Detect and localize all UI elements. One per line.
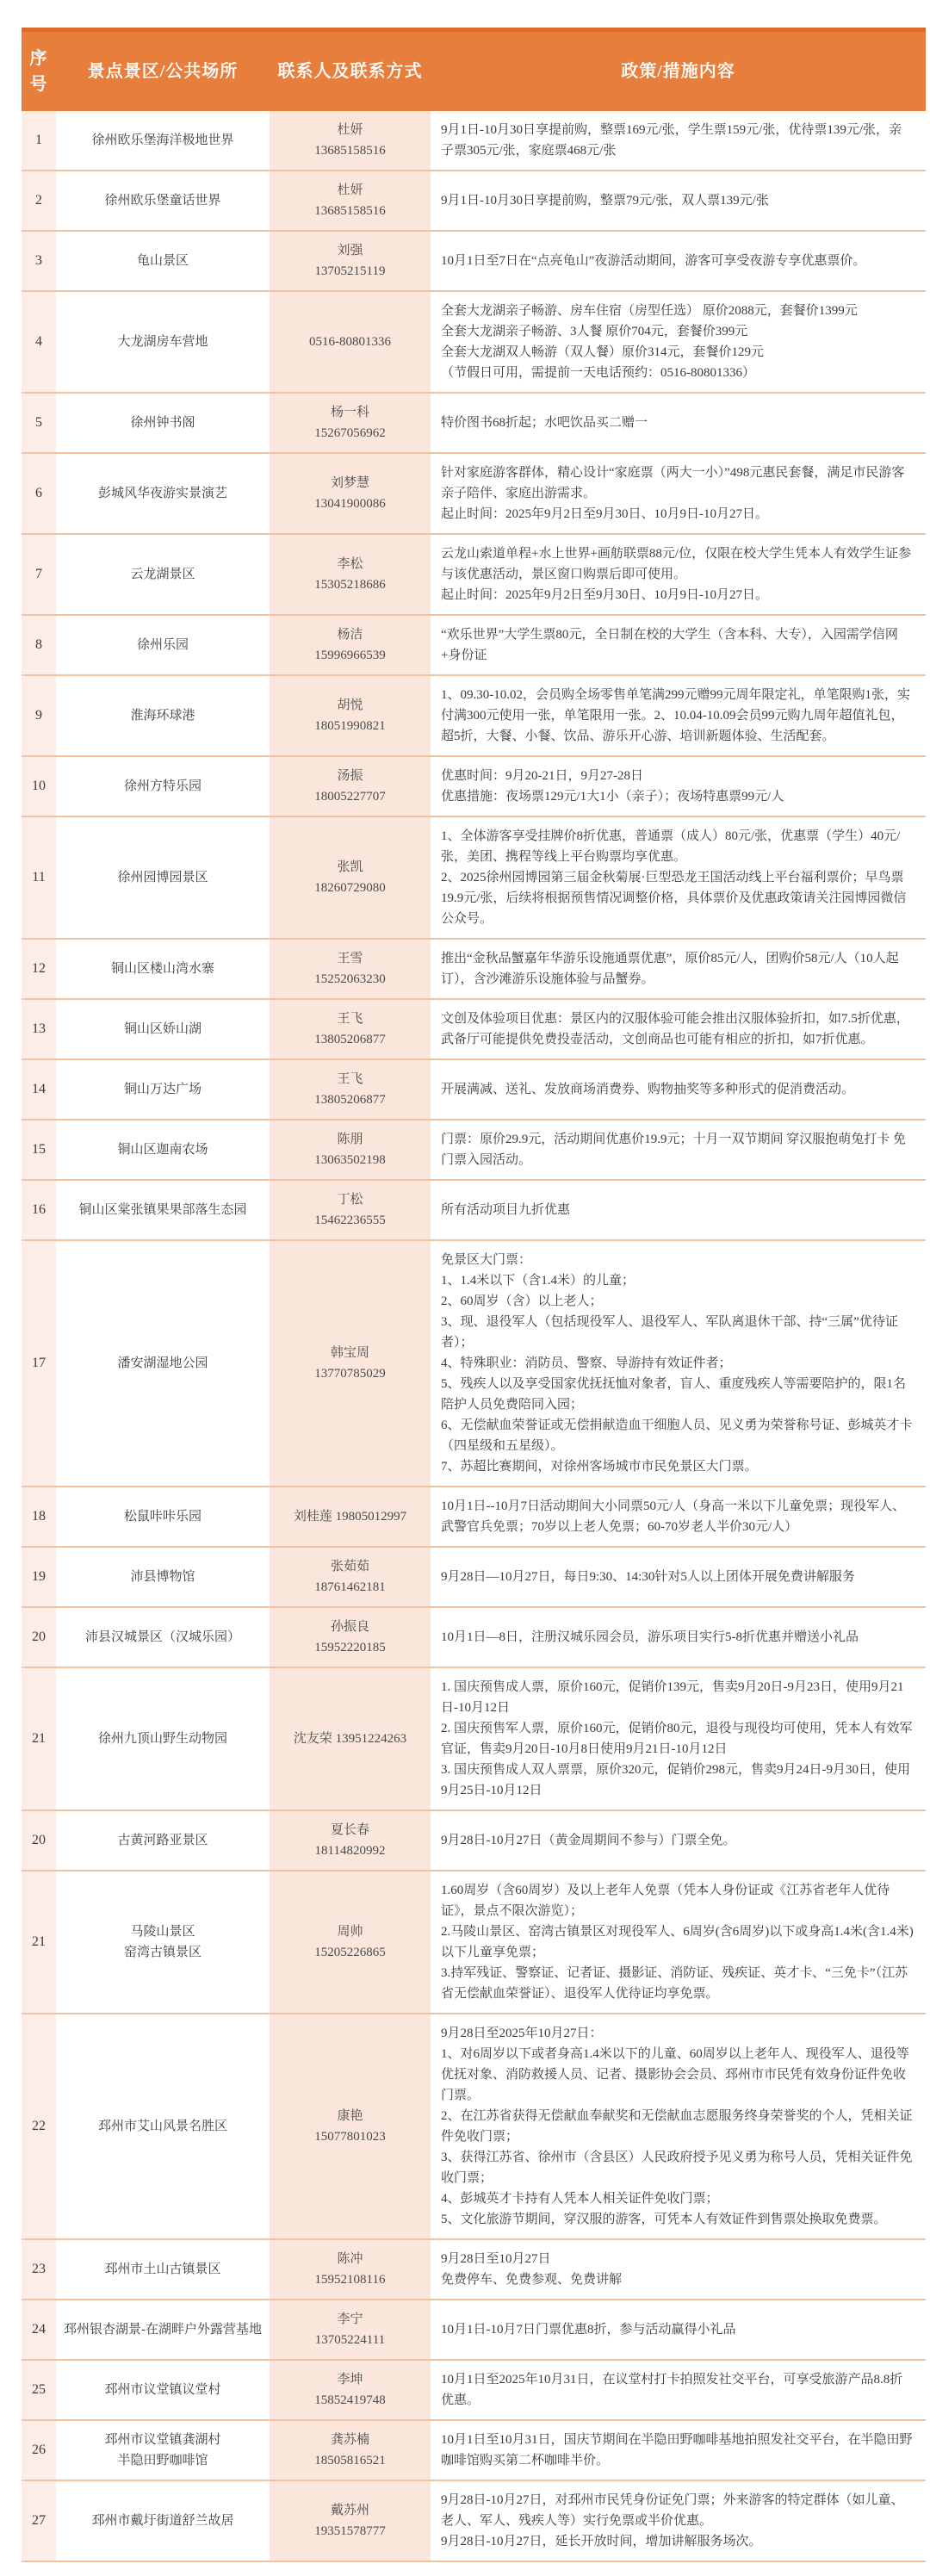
attraction-name: 邳州市艾山风景名胜区 (56, 2014, 270, 2239)
contact-info: 周帅 15205226865 (270, 1871, 431, 2014)
attraction-name: 云龙湖景区 (56, 534, 270, 615)
row-number: 22 (22, 2014, 56, 2239)
row-number: 9 (22, 675, 56, 756)
contact-info: 刘梦慧 13041900086 (270, 453, 431, 534)
attraction-name: 铜山区棠张镇果果部落生态园 (56, 1180, 270, 1240)
attraction-name: 龟山景区 (56, 231, 270, 291)
attraction-name: 邳州市土山古镇景区 (56, 2239, 270, 2300)
row-number: 21 (22, 1667, 56, 1810)
contact-info: 丁松 15462236555 (270, 1180, 431, 1240)
attraction-name: 徐州欧乐堡海洋极地世界 (56, 111, 270, 171)
attraction-name: 铜山万达广场 (56, 1059, 270, 1120)
policy-text: 文创及体验项目优惠：景区内的汉服体验可能会推出汉服体验折扣，如7.5折优惠，武备… (431, 999, 926, 1059)
contact-info: 陈朋 13063502198 (270, 1120, 431, 1180)
policy-text: 9月1日-10月30日享提前购，整票169元/张，学生票159元/张，优待票13… (431, 111, 926, 171)
policy-text: 优惠时间：9月20-21日，9月27-28日 优惠措施：夜场票129元/1大1小… (431, 756, 926, 816)
contact-info: 康艳 15077801023 (270, 2014, 431, 2239)
policy-text: 10月1日--10月7日活动期间大小同票50元/人（身高一米以下儿童免票；现役军… (431, 1487, 926, 1547)
contact-info: 王雪 15252063230 (270, 939, 431, 999)
table-row: 12 铜山区楼山湾水寨 王雪 15252063230 推出“金秋品蟹嘉年华游乐设… (22, 939, 926, 999)
row-number: 27 (22, 2480, 56, 2561)
policy-text: 10月1日至7日在“点亮龟山”夜游活动期间，游客可享受夜游专享优惠票价。 (431, 231, 926, 291)
attraction-name: 古黄河路亚景区 (56, 1810, 270, 1871)
table-row: 20 古黄河路亚景区 夏长春 18114820992 9月28日-10月27日（… (22, 1810, 926, 1871)
table-header: 序号 景点景区/公共场所 联系人及联系方式 政策/措施内容 (22, 30, 926, 112)
row-number: 12 (22, 939, 56, 999)
attraction-name: 大龙湖房车营地 (56, 291, 270, 393)
policy-text: 10月1日至10月31日，国庆节期间在半隐田野咖啡基地拍照发社交平台，在半隐田野… (431, 2420, 926, 2480)
row-number: 14 (22, 1059, 56, 1120)
attraction-name: 彭城风华夜游实景演艺 (56, 453, 270, 534)
header-serial-number: 序号 (22, 30, 56, 112)
contact-info: 王飞 13805206877 (270, 1059, 431, 1120)
table-row: 1 徐州欧乐堡海洋极地世界 杜妍 13685158516 9月1日-10月30日… (22, 111, 926, 171)
row-number: 10 (22, 756, 56, 816)
attraction-name: 铜山区楼山湾水寨 (56, 939, 270, 999)
attraction-name: 沛县汉城景区（汉城乐园） (56, 1607, 270, 1667)
table-row: 11 徐州园博园景区 张凯 18260729080 1、全体游客享受挂牌价8折优… (22, 816, 926, 939)
contact-info: 李宁 13705224111 (270, 2300, 431, 2360)
table-row: 18 松鼠咔咔乐园 刘桂莲 19805012997 10月1日--10月7日活动… (22, 1487, 926, 1547)
table-row: 5 徐州钟书阁 杨一科 15267056962 特价图书68折起；水吧饮品买二赠… (22, 393, 926, 453)
row-number: 7 (22, 534, 56, 615)
table-row: 19 沛县博物馆 张茹茹 18761462181 9月28日—10月27日，每日… (22, 1547, 926, 1607)
table-row: 26 邳州市议堂镇龚湖村 半隐田野咖啡馆 龚苏楠 18505816521 10月… (22, 2420, 926, 2480)
row-number: 26 (22, 2420, 56, 2480)
table-row: 25 邳州市议堂镇议堂村 李坤 15852419748 10月1日至2025年1… (22, 2360, 926, 2420)
row-number: 1 (22, 111, 56, 171)
row-number: 20 (22, 1607, 56, 1667)
contact-info: 王飞 13805206877 (270, 999, 431, 1059)
header-policy: 政策/措施内容 (431, 30, 926, 112)
policy-text: 针对家庭游客群体，精心设计“家庭票（两大一小）”498元惠民套餐，满足市民游客亲… (431, 453, 926, 534)
policy-text: 9月28日至2025年10月27日： 1、对6周岁以下或者身高1.4米以下的儿童… (431, 2014, 926, 2239)
attraction-name: 徐州九顶山野生动物园 (56, 1667, 270, 1810)
attraction-name: 徐州乐园 (56, 615, 270, 675)
attraction-name: 徐州园博园景区 (56, 816, 270, 939)
table-row: 15 铜山区迦南农场 陈朋 13063502198 门票：原价29.9元，活动期… (22, 1120, 926, 1180)
contact-info: 李坤 15852419748 (270, 2360, 431, 2420)
row-number: 11 (22, 816, 56, 939)
policy-text: 10月1日-10月7日门票优惠8折，参与活动赢得小礼品 (431, 2300, 926, 2360)
attraction-name: 铜山区娇山湖 (56, 999, 270, 1059)
table-row: 16 铜山区棠张镇果果部落生态园 丁松 15462236555 所有活动项目九折… (22, 1180, 926, 1240)
table-row: 22 邳州市艾山风景名胜区 康艳 15077801023 9月28日至2025年… (22, 2014, 926, 2239)
table-row: 17 潘安湖湿地公园 韩宝周 13770785029 免景区大门票： 1、1.4… (22, 1240, 926, 1487)
table-row: 9 淮海环球港 胡悦 18051990821 1、09.30-10.02，会员购… (22, 675, 926, 756)
attraction-name: 潘安湖湿地公园 (56, 1240, 270, 1487)
contact-info: 刘强 13705215119 (270, 231, 431, 291)
contact-info: 杨一科 15267056962 (270, 393, 431, 453)
contact-info: 刘桂莲 19805012997 (270, 1487, 431, 1547)
row-number: 20 (22, 1810, 56, 1871)
table-row: 14 铜山万达广场 王飞 13805206877 开展满减、送礼、发放商场消费券… (22, 1059, 926, 1120)
attraction-name: 邳州银杏湖景-在湖畔户外露营基地 (56, 2300, 270, 2360)
policy-text: 9月28日—10月27日，每日9:30、14:30针对5人以上团体开展免费讲解服… (431, 1547, 926, 1607)
contact-info: 杜妍 13685158516 (270, 171, 431, 231)
document-page: 序号 景点景区/公共场所 联系人及联系方式 政策/措施内容 1 徐州欧乐堡海洋极… (0, 0, 930, 2576)
policy-text: 开展满减、送礼、发放商场消费券、购物抽奖等多种形式的促消费活动。 (431, 1059, 926, 1120)
row-number: 4 (22, 291, 56, 393)
policy-text: 10月1日—8日，注册汉城乐园会员，游乐项目实行5-8折优惠并赠送小礼品 (431, 1607, 926, 1667)
attraction-name: 徐州方特乐园 (56, 756, 270, 816)
contact-info: 孙振良 15952220185 (270, 1607, 431, 1667)
attraction-name: 沛县博物馆 (56, 1547, 270, 1607)
row-number: 23 (22, 2239, 56, 2300)
table-row: 10 徐州方特乐园 汤振 18005227707 优惠时间：9月20-21日，9… (22, 756, 926, 816)
policy-text: 10月1日至2025年10月31日，在议堂村打卡拍照发社交平台，可享受旅游产品8… (431, 2360, 926, 2420)
row-number: 2 (22, 171, 56, 231)
row-number: 19 (22, 1547, 56, 1607)
header-attraction: 景点景区/公共场所 (56, 30, 270, 112)
table-row: 23 邳州市土山古镇景区 陈冲 15952108116 9月28日至10月27日… (22, 2239, 926, 2300)
contact-info: 胡悦 18051990821 (270, 675, 431, 756)
contact-info: 杨洁 15996966539 (270, 615, 431, 675)
table-row: 6 彭城风华夜游实景演艺 刘梦慧 13041900086 针对家庭游客群体，精心… (22, 453, 926, 534)
policy-text: 1. 国庆预售成人票，原价160元，促销价139元，售卖9月20日-9月23日，… (431, 1667, 926, 1810)
policy-text: 门票：原价29.9元，活动期间优惠价19.9元；十月一双节期间 穿汉服抱萌兔打卡… (431, 1120, 926, 1180)
header-contact: 联系人及联系方式 (270, 30, 431, 112)
table-row: 27 邳州市戴圩街道舒兰故居 戴苏州 19351578777 9月28日-10月… (22, 2480, 926, 2561)
policy-text: 1、全体游客享受挂牌价8折优惠，普通票（成人）80元/张，优惠票（学生）40元/… (431, 816, 926, 939)
table-row: 7 云龙湖景区 李松 15305218686 云龙山索道单程+水上世界+画舫联票… (22, 534, 926, 615)
table-row: 13 铜山区娇山湖 王飞 13805206877 文创及体验项目优惠：景区内的汉… (22, 999, 926, 1059)
table-row: 21 徐州九顶山野生动物园 沈友荣 13951224263 1. 国庆预售成人票… (22, 1667, 926, 1810)
table-body: 1 徐州欧乐堡海洋极地世界 杜妍 13685158516 9月1日-10月30日… (22, 111, 926, 2561)
policy-text: 全套大龙湖亲子畅游、房车住宿（房型任选） 原价2088元，套餐价1399元 全套… (431, 291, 926, 393)
attraction-name: 徐州欧乐堡童话世界 (56, 171, 270, 231)
table-row: 20 沛县汉城景区（汉城乐园） 孙振良 15952220185 10月1日—8日… (22, 1607, 926, 1667)
row-number: 24 (22, 2300, 56, 2360)
table-row: 8 徐州乐园 杨洁 15996966539 “欢乐世界”大学生票80元，全日制在… (22, 615, 926, 675)
table-row: 2 徐州欧乐堡童话世界 杜妍 13685158516 9月1日-10月30日享提… (22, 171, 926, 231)
contact-info: 杜妍 13685158516 (270, 111, 431, 171)
attraction-name: 邳州市戴圩街道舒兰故居 (56, 2480, 270, 2561)
attraction-name: 淮海环球港 (56, 675, 270, 756)
attraction-name: 邳州市议堂镇议堂村 (56, 2360, 270, 2420)
row-number: 6 (22, 453, 56, 534)
contact-info: 0516-80801336 (270, 291, 431, 393)
contact-info: 张凯 18260729080 (270, 816, 431, 939)
row-number: 3 (22, 231, 56, 291)
row-number: 17 (22, 1240, 56, 1487)
contact-info: 陈冲 15952108116 (270, 2239, 431, 2300)
attraction-name: 邳州市议堂镇龚湖村 半隐田野咖啡馆 (56, 2420, 270, 2480)
row-number: 15 (22, 1120, 56, 1180)
contact-info: 沈友荣 13951224263 (270, 1667, 431, 1810)
contact-info: 戴苏州 19351578777 (270, 2480, 431, 2561)
attraction-name: 徐州钟书阁 (56, 393, 270, 453)
row-number: 25 (22, 2360, 56, 2420)
table-row: 24 邳州银杏湖景-在湖畔户外露营基地 李宁 13705224111 10月1日… (22, 2300, 926, 2360)
attractions-policy-table: 序号 景点景区/公共场所 联系人及联系方式 政策/措施内容 1 徐州欧乐堡海洋极… (22, 28, 926, 2562)
table-row: 21 马陵山景区 窑湾古镇景区 周帅 15205226865 1.60周岁（含6… (22, 1871, 926, 2014)
policy-text: 所有活动项目九折优惠 (431, 1180, 926, 1240)
row-number: 13 (22, 999, 56, 1059)
contact-info: 李松 15305218686 (270, 534, 431, 615)
contact-info: 龚苏楠 18505816521 (270, 2420, 431, 2480)
attraction-name: 马陵山景区 窑湾古镇景区 (56, 1871, 270, 2014)
policy-text: 9月1日-10月30日享提前购，整票79元/张，双人票139元/张 (431, 171, 926, 231)
policy-text: “欢乐世界”大学生票80元，全日制在校的大学生（含本科、大专），入园需学信网+身… (431, 615, 926, 675)
policy-text: 推出“金秋品蟹嘉年华游乐设施通票优惠”，原价85元/人，团购价58元/人（10人… (431, 939, 926, 999)
policy-text: 9月28日至10月27日 免费停车、免费参观、免费讲解 (431, 2239, 926, 2300)
table-row: 3 龟山景区 刘强 13705215119 10月1日至7日在“点亮龟山”夜游活… (22, 231, 926, 291)
row-number: 18 (22, 1487, 56, 1547)
policy-text: 免景区大门票： 1、1.4米以下（含1.4米）的儿童； 2、60周岁（含）以上老… (431, 1240, 926, 1487)
policy-text: 1.60周岁（含60周岁）及以上老年人免票（凭本人身份证或《江苏省老年人优待证》… (431, 1871, 926, 2014)
contact-info: 夏长春 18114820992 (270, 1810, 431, 1871)
policy-text: 9月28日-10月27日，对邳州市民凭身份证免门票；外来游客的特定群体（如儿童、… (431, 2480, 926, 2561)
row-number: 5 (22, 393, 56, 453)
contact-info: 汤振 18005227707 (270, 756, 431, 816)
row-number: 16 (22, 1180, 56, 1240)
policy-text: 特价图书68折起；水吧饮品买二赠一 (431, 393, 926, 453)
policy-text: 云龙山索道单程+水上世界+画舫联票88元/位，仅限在校大学生凭本人有效学生证参与… (431, 534, 926, 615)
table-row: 4 大龙湖房车营地 0516-80801336 全套大龙湖亲子畅游、房车住宿（房… (22, 291, 926, 393)
contact-info: 韩宝周 13770785029 (270, 1240, 431, 1487)
policy-text: 9月28日-10月27日（黄金周期间不参与）门票全免。 (431, 1810, 926, 1871)
attraction-name: 松鼠咔咔乐园 (56, 1487, 270, 1547)
contact-info: 张茹茹 18761462181 (270, 1547, 431, 1607)
row-number: 21 (22, 1871, 56, 2014)
row-number: 8 (22, 615, 56, 675)
attraction-name: 铜山区迦南农场 (56, 1120, 270, 1180)
policy-text: 1、09.30-10.02，会员购全场零售单笔满299元赠99元周年限定礼，单笔… (431, 675, 926, 756)
